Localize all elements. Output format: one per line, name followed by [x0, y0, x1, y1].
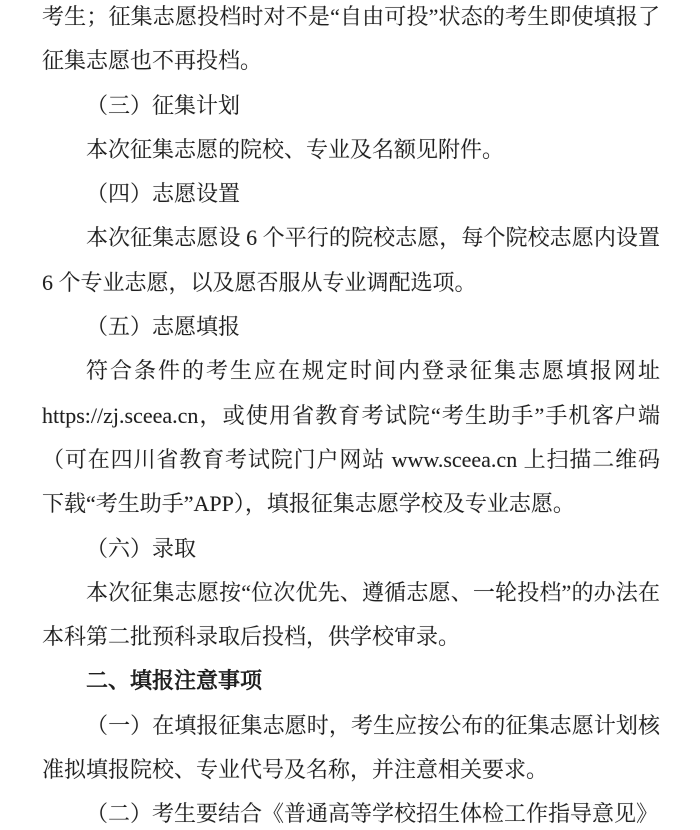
body-paragraph: 本次征集志愿按“位次优先、遵循志愿、一轮投档”的办法在本科第二批预科录取后投档，…: [42, 571, 660, 660]
subsection-heading-admission: （六）录取: [42, 527, 660, 571]
body-paragraph: 本次征集志愿的院校、专业及名额见附件。: [42, 128, 660, 172]
body-paragraph: （一）在填报征集志愿时，考生应按公布的征集志愿计划核准拟填报院校、专业代号及名称…: [42, 704, 660, 793]
document-page: 考生；征集志愿投档时对不是“自由可投”状态的考生即使填报了征集志愿也不再投档。 …: [0, 0, 700, 830]
subsection-heading-volunteer-setup: （四）志愿设置: [42, 172, 660, 216]
document-body: 考生；征集志愿投档时对不是“自由可投”状态的考生即使填报了征集志愿也不再投档。 …: [0, 0, 700, 830]
body-paragraph: 符合条件的考生应在规定时间内登录征集志愿填报网址https://zj.sceea…: [42, 349, 660, 526]
url-text: www.sceea.cn: [392, 447, 518, 472]
subsection-heading-volunteer-filing: （五）志愿填报: [42, 305, 660, 349]
body-paragraph: 考生；征集志愿投档时对不是“自由可投”状态的考生即使填报了征集志愿也不再投档。: [42, 0, 660, 84]
body-paragraph: （二）考生要结合《普通高等学校招生体检工作指导意见》: [42, 792, 660, 830]
section-heading-filing-notes: 二、填报注意事项: [42, 659, 660, 703]
subsection-heading-collection-plan: （三）征集计划: [42, 84, 660, 128]
paragraph-text: 符合条件的考生应在规定时间内登录征集志愿填报网址: [86, 358, 660, 383]
url-text: https://zj.sceea.cn: [42, 403, 198, 428]
body-paragraph: 本次征集志愿设 6 个平行的院校志愿，每个院校志愿内设置 6 个专业志愿，以及愿…: [42, 216, 660, 305]
